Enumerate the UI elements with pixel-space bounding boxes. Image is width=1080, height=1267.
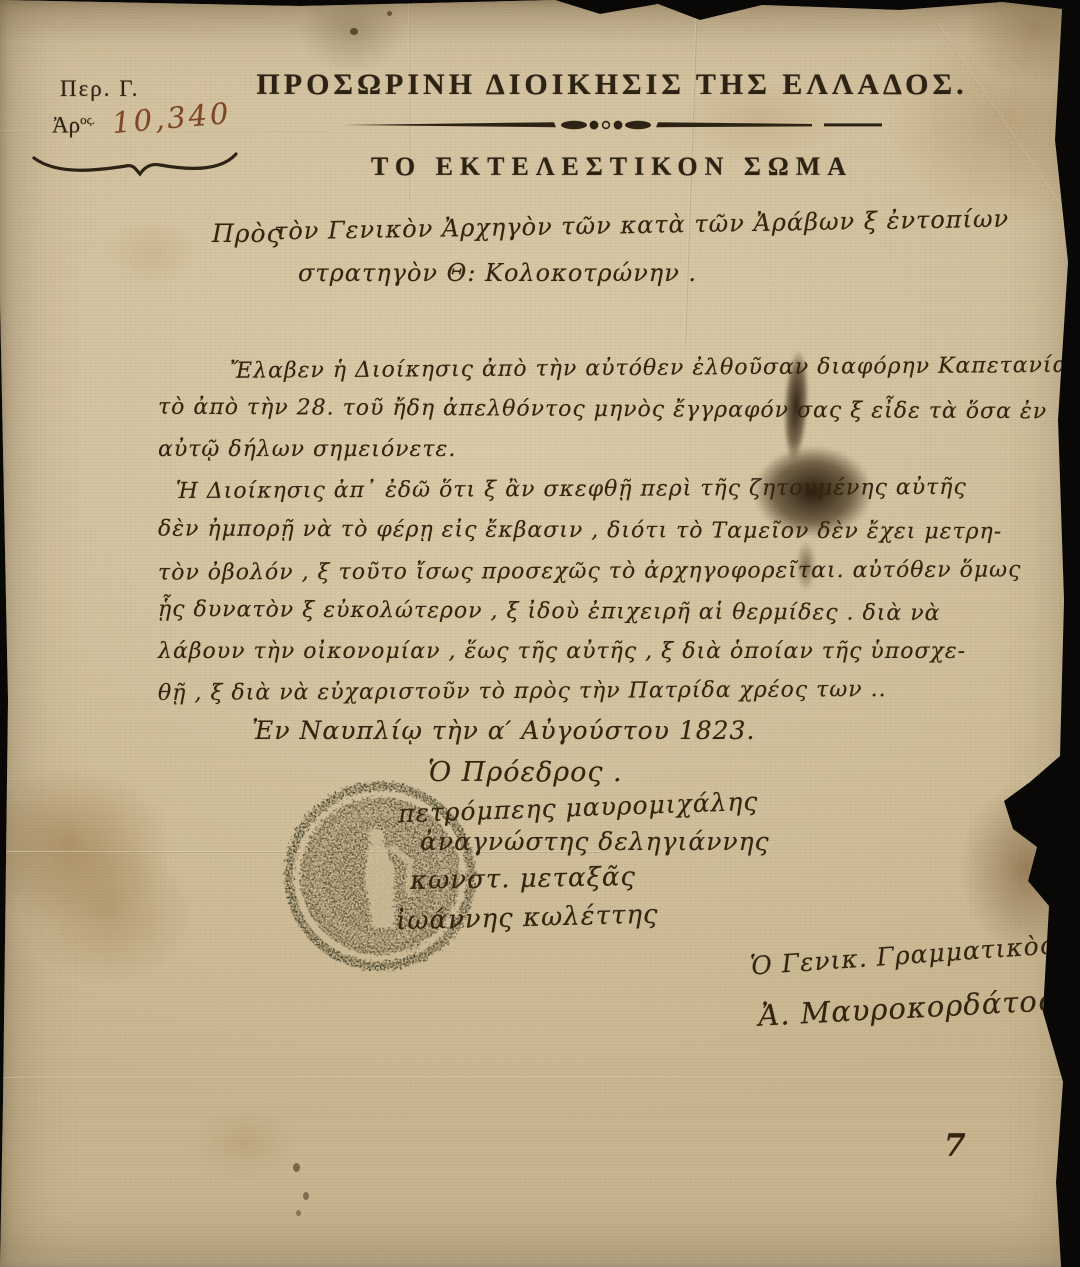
- paper-sheet: Περ. Γ. Ἀρος. 10,340 ΠΡΟΣΩΡΙΝΗ ΔΙΟΙΚΗΣΙΣ…: [0, 0, 1080, 1267]
- body-line: ᾗς δυνατὸν ξ εὐκολώτερον , ξ ἰδοὺ ἐπιχει…: [158, 597, 941, 626]
- secretary-signature: Ἀ. Μαυροκορδάτος: [757, 983, 1055, 1033]
- body-line: λάβουν τὴν οἰκονομίαν , ἕως τῆς αὐτῆς , …: [158, 639, 966, 664]
- addressee-line-2: στρατηγὸν Θ: Κολοκοτρώνην .: [298, 259, 697, 287]
- salutation-label: Πρὸς: [212, 219, 282, 248]
- number-label: Ἀρος.: [52, 112, 95, 139]
- signature-name: πετρόμπεης μαυρομιχάλης: [398, 787, 759, 829]
- body-line: αὐτῷ δήλων σημειόνετε.: [158, 437, 456, 462]
- period-label: Περ. Γ.: [60, 76, 140, 102]
- page-subtitle: ΤΟ ΕΚΤΕΛΕΣΤΙΚΟΝ ΣΩΜΑ: [371, 152, 853, 182]
- secretary-title: Ὁ Γενικ. Γραμματικὸς: [749, 930, 1055, 980]
- number-underline-flourish: [30, 146, 240, 178]
- body-line: τὸν ὀβολόν , ξ τοῦτο ἴσως προσεχῶς τὸ ἀρ…: [158, 557, 1022, 585]
- page-title: ΠΡΟΣΩΡΙΝΗ ΔΙΟΙΚΗΣΙΣ ΤΗΣ ΕΛΛΑΔΟΣ.: [256, 68, 967, 102]
- signature-name: ἀναγνώστης δεληγιάννης: [420, 827, 770, 856]
- dateline: Ἐν Ναυπλίῳ τὴν α′ Αὐγούστου 1823.: [252, 716, 755, 745]
- body-line: Ἡ Διοίκησις ἀπ᾽ ἐδῶ ὅτι ξ ἂν σκεφθῇ περὶ…: [158, 475, 967, 504]
- number-label-sup: ος.: [80, 112, 95, 127]
- ink-speck: [350, 28, 358, 35]
- number-label-text: Ἀρ: [52, 113, 80, 138]
- ink-speck: [303, 1192, 309, 1200]
- ink-speck: [387, 11, 392, 16]
- page-number: 7: [944, 1128, 967, 1164]
- ink-speck: [293, 1163, 300, 1172]
- body-line: τὸ ἀπὸ τὴν 28. τοῦ ἤδη ἀπελθόντος μηνὸς …: [158, 395, 1047, 425]
- protocol-number: 10,340: [111, 96, 233, 140]
- addressee-line-1: τὸν Γενικὸν Ἀρχηγὸν τῶν κατὰ τῶν Ἀράβων …: [274, 205, 1010, 246]
- ink-speck: [296, 1210, 301, 1216]
- body-line: θῇ , ξ διὰ νὰ εὐχαριστοῦν τὸ πρὸς τὴν Πα…: [158, 677, 887, 706]
- fold-crease-horizontal-bottom: [0, 1077, 1080, 1079]
- scanned-document: Περ. Γ. Ἀρος. 10,340 ΠΡΟΣΩΡΙΝΗ ΔΙΟΙΚΗΣΙΣ…: [0, 0, 1080, 1267]
- signature-name: ἰωάννης κωλέττης: [396, 900, 659, 937]
- header-divider-ornament: [342, 116, 882, 134]
- signature-name: κωνστ. μεταξᾶς: [410, 862, 636, 896]
- signature-title: Ὁ Πρόεδρος .: [428, 757, 623, 788]
- body-line: δὲν ἠμπορῇ νὰ τὸ φέρῃ εἰς ἔκβασιν , διότ…: [158, 517, 1002, 545]
- body-line: Ἔλαβεν ἡ Διοίκησις ἀπὸ τὴν αὐτόθεν ἐλθοῦ…: [158, 353, 1080, 384]
